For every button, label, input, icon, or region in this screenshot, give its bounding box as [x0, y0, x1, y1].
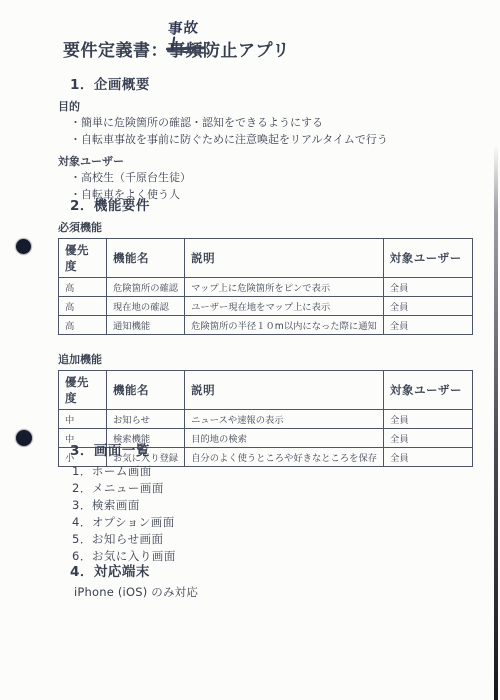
target-user-cell: 全員	[383, 297, 472, 316]
table-row: 高 危険箇所の確認 マップ上に危険箇所をピンで表示 全員	[59, 278, 473, 297]
purpose-label: 目的	[58, 98, 388, 114]
table-header-row: 優先度 機能名 説明 対象ユーザー	[59, 371, 473, 410]
target-users-label: 対象ユーザー	[58, 153, 388, 169]
hole-punch-dot-bottom	[16, 430, 32, 446]
page-edge-shadow	[494, 145, 498, 700]
column-header: 機能名	[107, 239, 185, 278]
function-name-cell: お知らせ	[107, 410, 185, 429]
handwritten-correction: 事故	[167, 16, 199, 39]
section-screens-heading: 3．画面一覧	[70, 439, 176, 459]
column-header: 説明	[185, 239, 384, 278]
table-row: 高 通知機能 危険箇所の半径１０m以内になった際に通知 全員	[59, 316, 473, 335]
column-header: 機能名	[107, 371, 185, 410]
column-header: 優先度	[59, 371, 107, 410]
priority-cell: 高	[59, 316, 107, 335]
function-name-cell: 危険箇所の確認	[107, 278, 185, 297]
description-cell: 目的地の検索	[185, 429, 384, 448]
required-functions-table: 優先度 機能名 説明 対象ユーザー 高 危険箇所の確認 マップ上に危険箇所をピン…	[58, 238, 473, 335]
additional-functions-label: 追加機能	[58, 351, 473, 367]
screen-list-item: 1．ホーム画面	[72, 463, 176, 480]
description-cell: 自分のよく使うところや好きなところを保存	[185, 448, 384, 467]
column-header: 優先度	[59, 239, 107, 278]
target-user-cell: 全員	[384, 429, 473, 448]
purpose-item: ・自転車事故を事前に防ぐために注意喚起をリアルタイムで行う	[70, 131, 388, 148]
screen-list-item: 4．オプション画面	[72, 514, 176, 531]
screen-list-item: 3．検索画面	[72, 497, 176, 514]
priority-cell: 高	[59, 278, 107, 297]
title-struck-word: 事頻事故	[168, 36, 203, 61]
column-header: 説明	[185, 371, 384, 410]
table-header-row: 優先度 機能名 説明 対象ユーザー	[59, 239, 473, 278]
required-functions-label: 必須機能	[58, 219, 473, 235]
target-user-cell: 全員	[384, 410, 473, 429]
priority-cell: 中	[59, 410, 107, 429]
section-overview-heading: 1．企画概要	[70, 73, 388, 93]
function-name-cell: 通知機能	[107, 316, 185, 335]
hole-punch-dot-top	[16, 239, 31, 254]
title-prefix: 要件定義書：	[63, 41, 168, 61]
description-cell: 危険箇所の半径１０m以内になった際に通知	[185, 316, 384, 335]
target-user-item: ・高校生（千原台生徒）	[70, 169, 388, 186]
function-name-cell: 現在地の確認	[107, 297, 185, 316]
target-user-cell: 全員	[383, 278, 472, 297]
title-suffix: 防止アプリ	[203, 41, 290, 61]
target-user-cell: 全員	[384, 448, 473, 467]
table-row: 高 現在地の確認 ユーザー現在地をマップ上に表示 全員	[59, 297, 473, 316]
target-user-cell: 全員	[383, 316, 472, 335]
section-screens: 3．画面一覧 1．ホーム画面 2．メニュー画面 3．検索画面 4．オプション画面…	[58, 439, 176, 565]
priority-cell: 高	[59, 297, 107, 316]
description-cell: ユーザー現在地をマップ上に表示	[185, 297, 384, 316]
purpose-item: ・簡単に危険箇所の確認・認知をできるようにする	[70, 114, 388, 131]
section-devices-heading: 4．対応端末	[70, 560, 198, 580]
scanned-document-page: 要件定義書：事頻事故防止アプリ 1．企画概要 目的 ・簡単に危険箇所の確認・認知…	[0, 0, 500, 700]
section-devices: 4．対応端末 iPhone (iOS) のみ対応	[58, 560, 198, 601]
section-functions-heading: 2．機能要件	[70, 194, 473, 214]
description-cell: ニュースや速報の表示	[185, 410, 384, 429]
table-row: 中 お知らせ ニュースや速報の表示 全員	[59, 410, 473, 429]
document-title: 要件定義書：事頻事故防止アプリ	[63, 36, 290, 61]
supported-device-text: iPhone (iOS) のみ対応	[74, 584, 198, 601]
section-overview: 1．企画概要 目的 ・簡単に危険箇所の確認・認知をできるようにする ・自転車事故…	[58, 73, 388, 203]
column-header: 対象ユーザー	[383, 239, 472, 278]
description-cell: マップ上に危険箇所をピンで表示	[185, 278, 384, 297]
screen-list-item: 5．お知らせ画面	[72, 531, 176, 548]
section-functions: 2．機能要件 必須機能 優先度 機能名 説明 対象ユーザー 高 危険箇所の確認 …	[58, 194, 473, 467]
column-header: 対象ユーザー	[384, 371, 473, 410]
screen-list-item: 2．メニュー画面	[72, 480, 176, 497]
